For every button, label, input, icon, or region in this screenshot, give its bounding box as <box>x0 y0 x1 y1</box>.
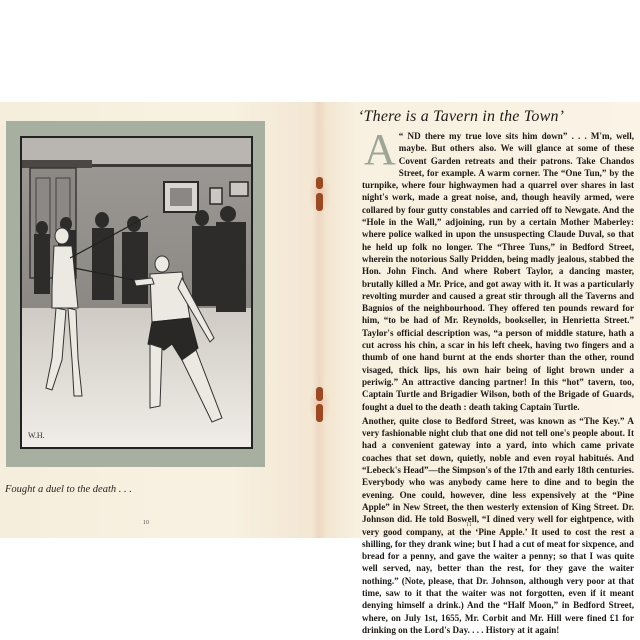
paragraph-1-text: “ ND there my true love sits him down” .… <box>362 131 634 412</box>
left-page: W.H. Fought a duel to the death . . . 10 <box>0 102 318 538</box>
paragraph-2: Another, quite close to Bedford Street, … <box>362 415 634 636</box>
illustration-caption: Fought a duel to the death . . . <box>5 484 132 495</box>
duel-illustration: W.H. <box>20 136 253 449</box>
book-gutter <box>312 102 326 538</box>
page-number-left: 10 <box>143 520 149 526</box>
stitch-bottom-lower <box>316 404 323 422</box>
artist-signature: W.H. <box>28 431 45 440</box>
paragraph-1: A“ ND there my true love sits him down” … <box>362 130 634 413</box>
stitch-top-lower <box>316 193 323 211</box>
fencing-scene-image: W.H. <box>22 138 251 447</box>
stitch-top-upper <box>316 177 323 189</box>
chapter-title: ‘There is a Tavern in the Town’ <box>358 108 564 126</box>
chapter-body: A“ ND there my true love sits him down” … <box>362 130 634 638</box>
book-spread: W.H. Fought a duel to the death . . . 10… <box>0 102 640 538</box>
drop-cap: A <box>364 131 396 169</box>
stitch-bottom-upper <box>316 387 323 401</box>
